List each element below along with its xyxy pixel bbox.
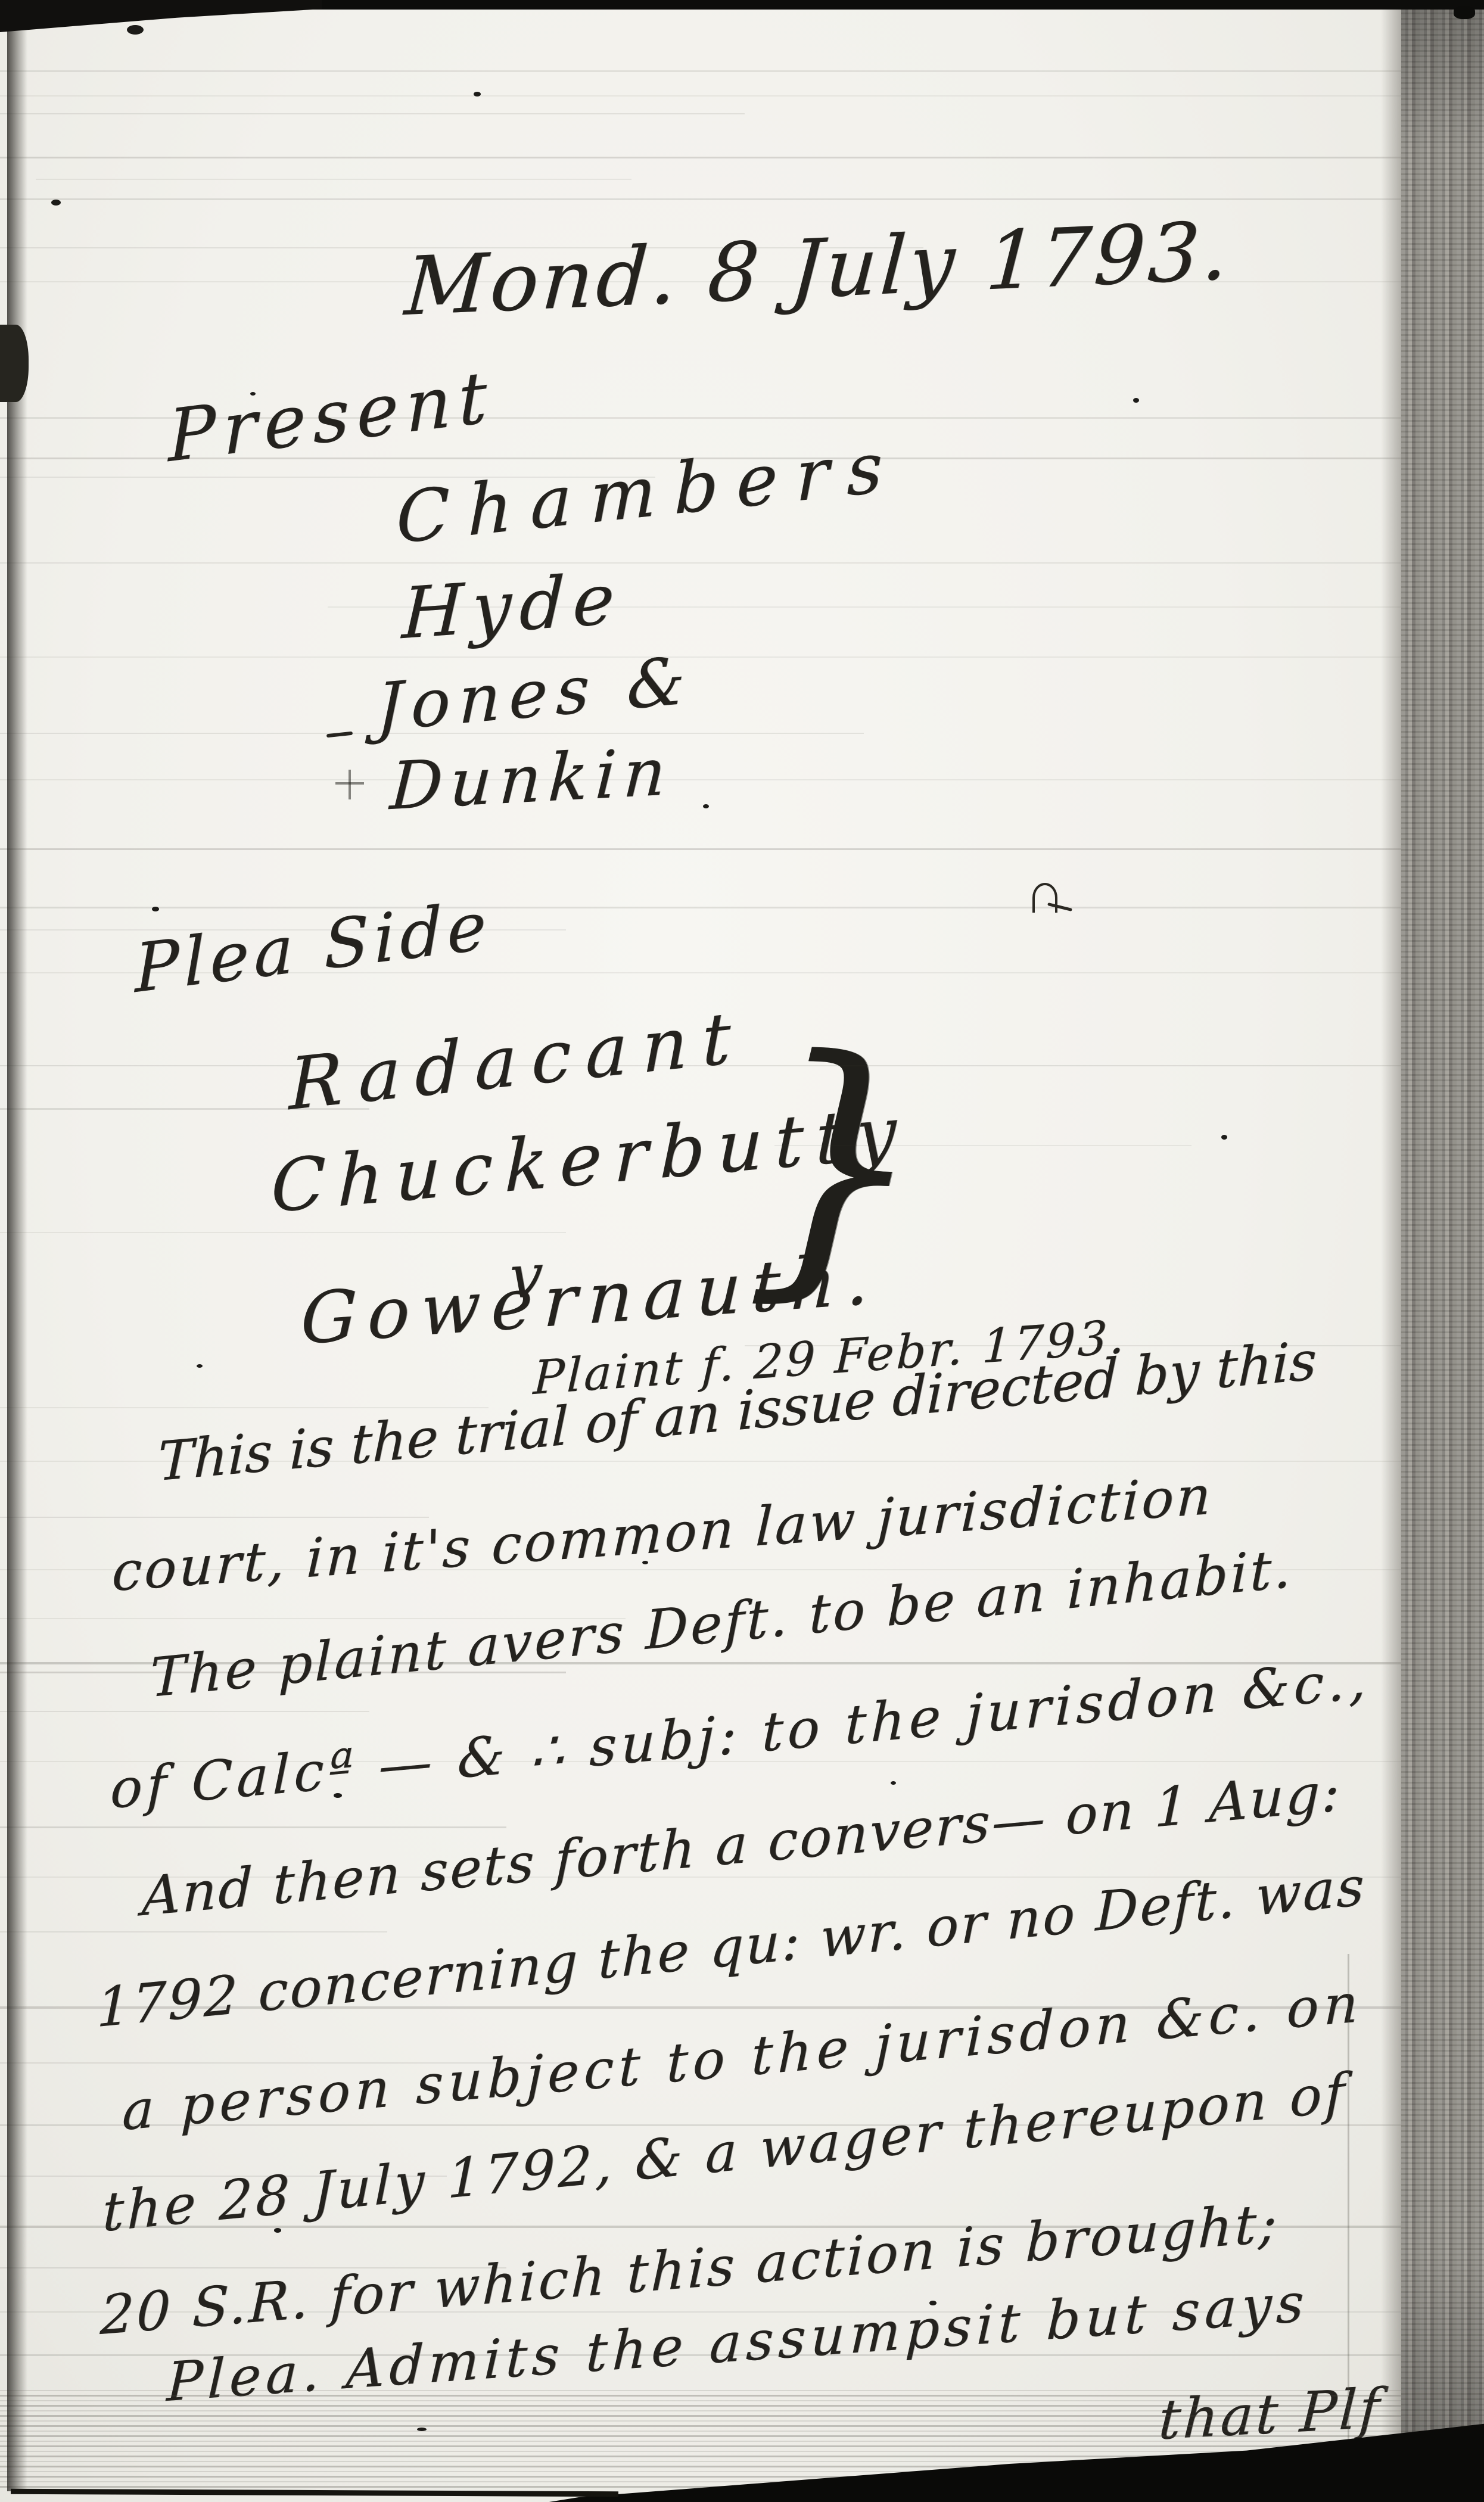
scan-streak (0, 70, 1406, 72)
scan-streak (0, 95, 1406, 97)
ink-cross-mark (335, 782, 364, 785)
ink-dash-mark (326, 732, 353, 738)
plea-side-label: Plea Side (134, 889, 491, 1006)
scan-streak (0, 113, 745, 114)
left-edge-ink-blot (0, 325, 29, 402)
right-binding-band-shadow (1401, 0, 1484, 2502)
corner-ink-blot (1454, 6, 1475, 19)
ink-speck (703, 804, 709, 808)
scan-streak (0, 1711, 369, 1712)
ink-speck (474, 92, 481, 97)
scan-streak (0, 656, 1406, 658)
judge-dunkin: Dunkin (388, 736, 674, 823)
judge-jones: Jones & (376, 644, 694, 744)
ink-speck (417, 2428, 427, 2431)
case-brace: } (742, 996, 931, 1333)
present-label: Present (167, 357, 494, 477)
plaintiff-name-line1: Radacant (289, 998, 745, 1125)
ink-speck (929, 2301, 937, 2305)
ink-speck (250, 392, 256, 396)
judge-chambers: Chambers (396, 427, 900, 558)
scan-streak (0, 907, 1406, 908)
ink-speck (334, 1793, 342, 1798)
ink-speck (642, 1561, 648, 1564)
scan-streak (0, 1232, 566, 1233)
scan-streak (0, 1826, 506, 1828)
ink-speck (152, 907, 159, 911)
scan-streak (0, 562, 1406, 564)
scan-streak (0, 779, 1406, 780)
scan-streak (0, 198, 1406, 200)
scan-streak (0, 157, 1406, 158)
ink-squiggle-mark (1032, 883, 1057, 913)
ink-speck (1133, 398, 1139, 403)
right-binding-band-fade (1381, 0, 1401, 2502)
scan-streak (0, 848, 1406, 850)
scan-streak (0, 1517, 429, 1518)
scan-bottom-line (11, 2489, 618, 2497)
manuscript-page: Mond. 8 July 1793. Present Chambers Hyde… (0, 0, 1484, 2502)
ink-speck (51, 200, 61, 206)
page-top-edge-sag (0, 0, 322, 32)
scan-streak (0, 1931, 387, 1932)
ink-speck (127, 25, 144, 35)
ink-speck (274, 2228, 281, 2233)
ink-speck (891, 1781, 896, 1785)
ink-cross-mark (349, 770, 351, 799)
ink-speck (1221, 1135, 1227, 1140)
date-heading: Mond. 8 July 1793. (402, 207, 1233, 332)
ink-speck (197, 1364, 203, 1368)
scan-streak (36, 179, 631, 180)
judge-hyde: Hyde (401, 560, 624, 653)
